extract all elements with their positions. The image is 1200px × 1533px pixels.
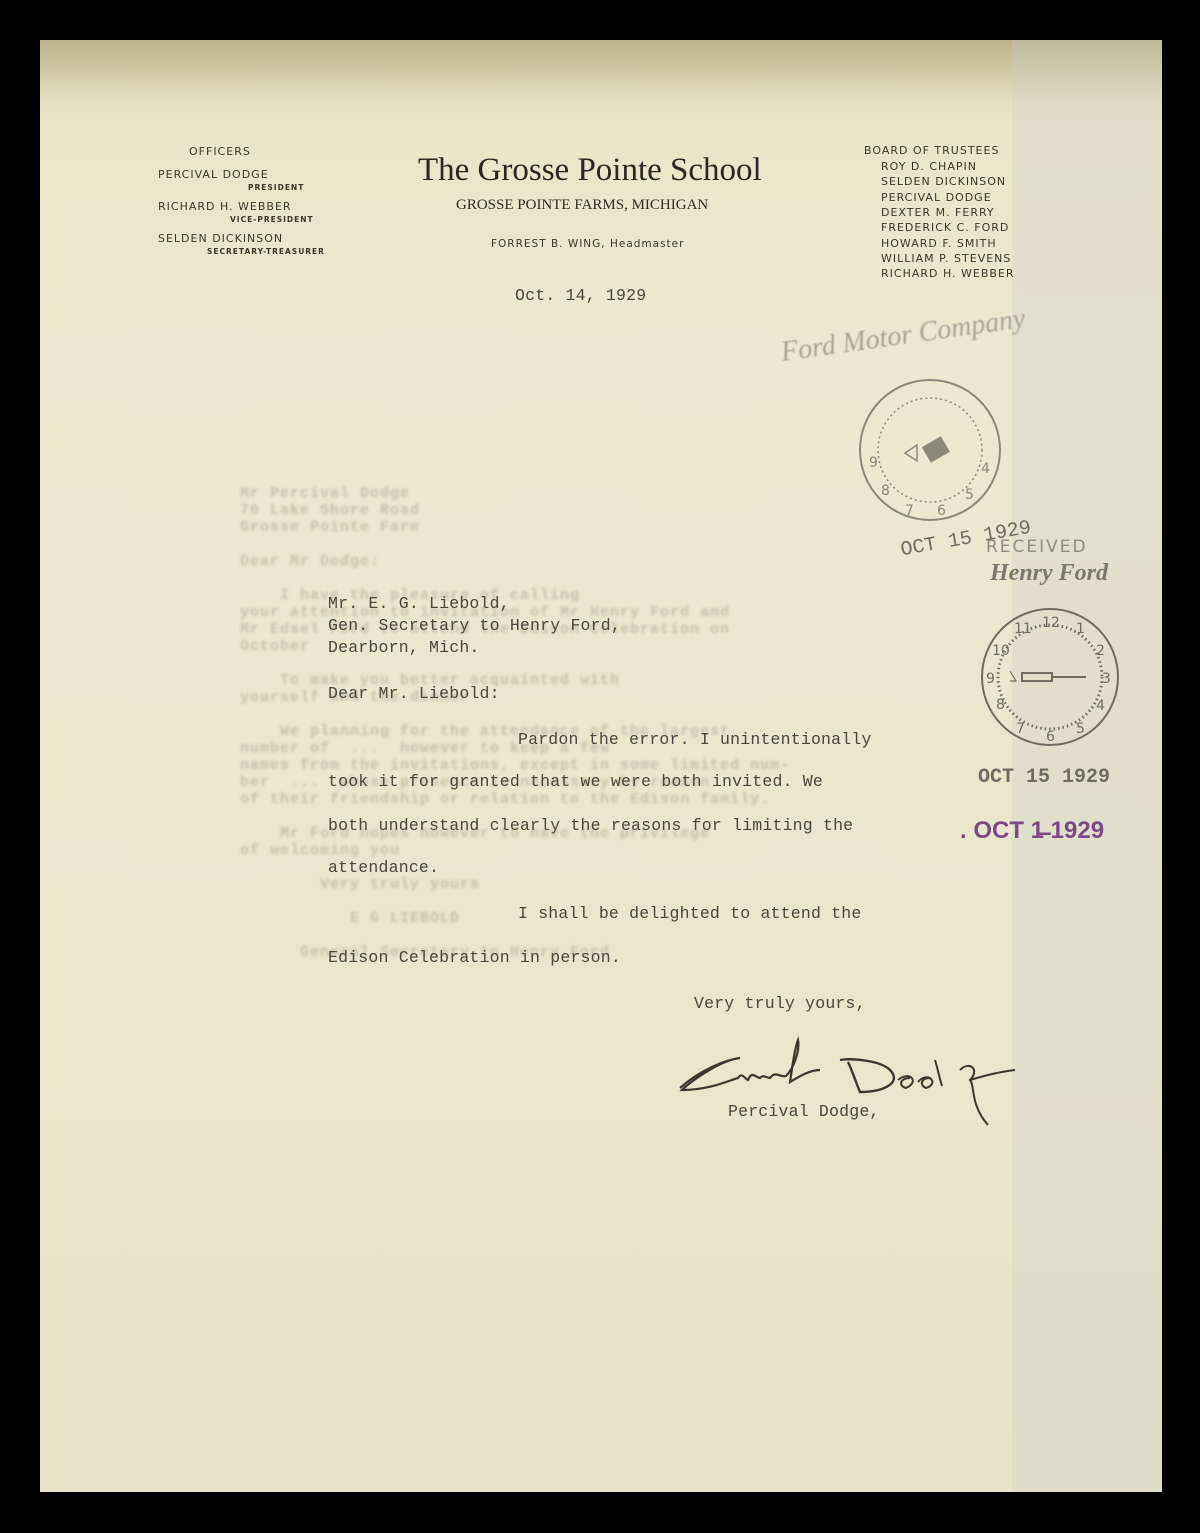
letter-date: Oct. 14, 1929 xyxy=(515,286,646,305)
recipient-line: Gen. Secretary to Henry Ford, xyxy=(328,616,621,635)
henry-ford-stamp: Henry Ford xyxy=(990,560,1108,587)
clock-stamp-date: OCT 15 1929 xyxy=(978,766,1110,789)
closing: Very truly yours, xyxy=(694,994,866,1013)
body-line: Edison Celebration in person. xyxy=(328,948,621,967)
svg-text:6: 6 xyxy=(1046,729,1055,745)
svg-text:6: 6 xyxy=(937,503,946,519)
svg-text:2: 2 xyxy=(1096,643,1105,659)
board-heading: BOARD OF TRUSTEES xyxy=(864,144,999,157)
bleed-through-text: Mr Percival Dodge 70 Lake Shore Road Gro… xyxy=(240,485,790,961)
body-line: attendance. xyxy=(328,858,439,877)
body-line: took it for granted that we were both in… xyxy=(328,772,823,791)
trustee-name: RICHARD H. WEBBER xyxy=(881,267,1015,280)
officer-role: SECRETARY-TREASURER xyxy=(207,247,325,256)
school-name: The Grosse Pointe School xyxy=(418,152,762,189)
svg-text:4: 4 xyxy=(1096,698,1105,714)
signer-name: Percival Dodge, xyxy=(728,1102,880,1121)
trustee-name: FREDERICK C. FORD xyxy=(881,221,1009,234)
purple-date-stamp: . OCT 1̶ 1929 xyxy=(960,817,1104,845)
clock-stamp-faded: 9 8 7 6 5 4 xyxy=(855,375,1005,525)
officer-role: VICE-PRESIDENT xyxy=(230,215,314,224)
svg-text:7: 7 xyxy=(905,503,914,519)
officer-role: PRESIDENT xyxy=(248,183,304,192)
svg-text:3: 3 xyxy=(1102,671,1111,687)
salutation: Dear Mr. Liebold: xyxy=(328,684,500,703)
paper-stain xyxy=(40,40,1162,100)
svg-text:7: 7 xyxy=(1016,721,1025,737)
headmaster: FORREST B. WING, Headmaster xyxy=(491,238,684,250)
body-line: Pardon the error. I unintentionally xyxy=(518,730,872,749)
svg-text:5: 5 xyxy=(1076,721,1085,737)
officer-name: SELDEN DICKINSON xyxy=(158,232,283,245)
svg-text:10: 10 xyxy=(992,643,1010,659)
body-line: I shall be delighted to attend the xyxy=(518,904,861,923)
svg-text:9: 9 xyxy=(869,455,878,471)
recipient-line: Mr. E. G. Liebold, xyxy=(328,594,510,613)
trustee-name: ROY D. CHAPIN xyxy=(881,160,977,173)
trustee-name: PERCIVAL DODGE xyxy=(881,191,992,204)
svg-text:9: 9 xyxy=(986,671,995,687)
svg-text:8: 8 xyxy=(996,697,1005,713)
clock-stamp: 12 1 2 3 4 5 6 7 8 9 10 11 xyxy=(978,605,1123,750)
trustee-name: DEXTER M. FERRY xyxy=(881,206,995,219)
officers-heading: OFFICERS xyxy=(189,145,251,158)
received-label: RECEIVED xyxy=(986,537,1088,557)
trustee-name: SELDEN DICKINSON xyxy=(881,175,1006,188)
svg-text:8: 8 xyxy=(881,483,890,499)
trustee-name: HOWARD F. SMITH xyxy=(881,237,997,250)
officer-name: RICHARD H. WEBBER xyxy=(158,200,292,213)
officer-name: PERCIVAL DODGE xyxy=(158,168,269,181)
svg-text:11: 11 xyxy=(1014,621,1032,637)
trustee-name: WILLIAM P. STEVENS xyxy=(881,252,1011,265)
svg-text:5: 5 xyxy=(965,487,974,503)
svg-text:1: 1 xyxy=(1076,621,1085,637)
svg-text:4: 4 xyxy=(981,461,990,477)
svg-text:12: 12 xyxy=(1042,615,1060,631)
school-location: GROSSE POINTE FARMS, MICHIGAN xyxy=(456,197,708,214)
recipient-line: Dearborn, Mich. xyxy=(328,638,480,657)
body-line: both understand clearly the reasons for … xyxy=(328,816,853,835)
